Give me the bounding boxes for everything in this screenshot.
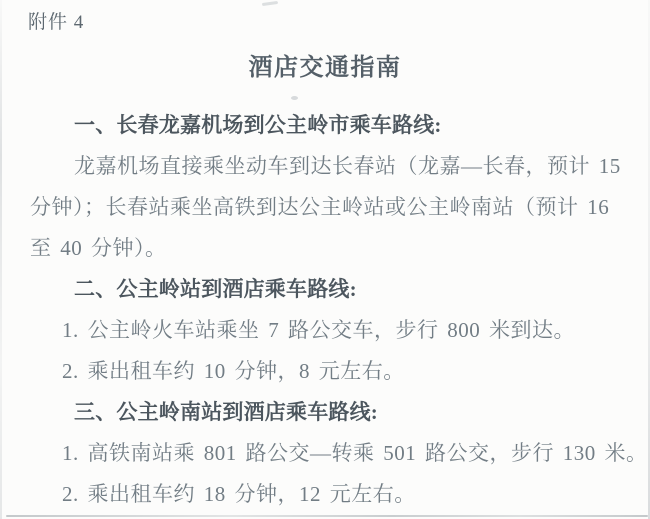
- section-3-item-2: 2. 乘出租车约 18 分钟，12 元左右。: [30, 474, 648, 515]
- section-1-paragraph-line-3: 至 40 分钟）。: [30, 228, 648, 269]
- section-2-item-2: 2. 乘出租车约 10 分钟，8 元左右。: [30, 351, 648, 392]
- document-body: 一、长春龙嘉机场到公主岭市乘车路线: 龙嘉机场直接乘坐动车到达长春站（龙嘉—长春…: [0, 105, 650, 515]
- attachment-label: 附件 4: [28, 0, 650, 36]
- section-3-heading: 三、公主岭南站到酒店乘车路线:: [30, 392, 648, 433]
- scan-dot-artifact: [291, 96, 298, 100]
- scanned-document-page: 附件 4 酒店交通指南 一、长春龙嘉机场到公主岭市乘车路线: 龙嘉机场直接乘坐动…: [0, 0, 650, 519]
- scan-edge-left: [0, 0, 2, 519]
- document-title: 酒店交通指南: [0, 52, 650, 84]
- section-2-heading: 二、公主岭站到酒店乘车路线:: [30, 269, 648, 310]
- section-1-paragraph-line-2: 分钟）；长春站乘坐高铁到达公主岭站或公主岭南站（预计 16: [30, 187, 648, 228]
- section-1-paragraph-line-1: 龙嘉机场直接乘坐动车到达长春站（龙嘉—长春，预计 15: [30, 146, 648, 187]
- section-1-heading: 一、长春龙嘉机场到公主岭市乘车路线:: [30, 105, 648, 146]
- section-3-item-1: 1. 高铁南站乘 801 路公交—转乘 501 路公交，步行 130 米。: [30, 433, 648, 474]
- section-2-item-1: 1. 公主岭火车站乘坐 7 路公交车，步行 800 米到达。: [30, 310, 648, 351]
- scan-edge-bottom-line: [6, 515, 648, 517]
